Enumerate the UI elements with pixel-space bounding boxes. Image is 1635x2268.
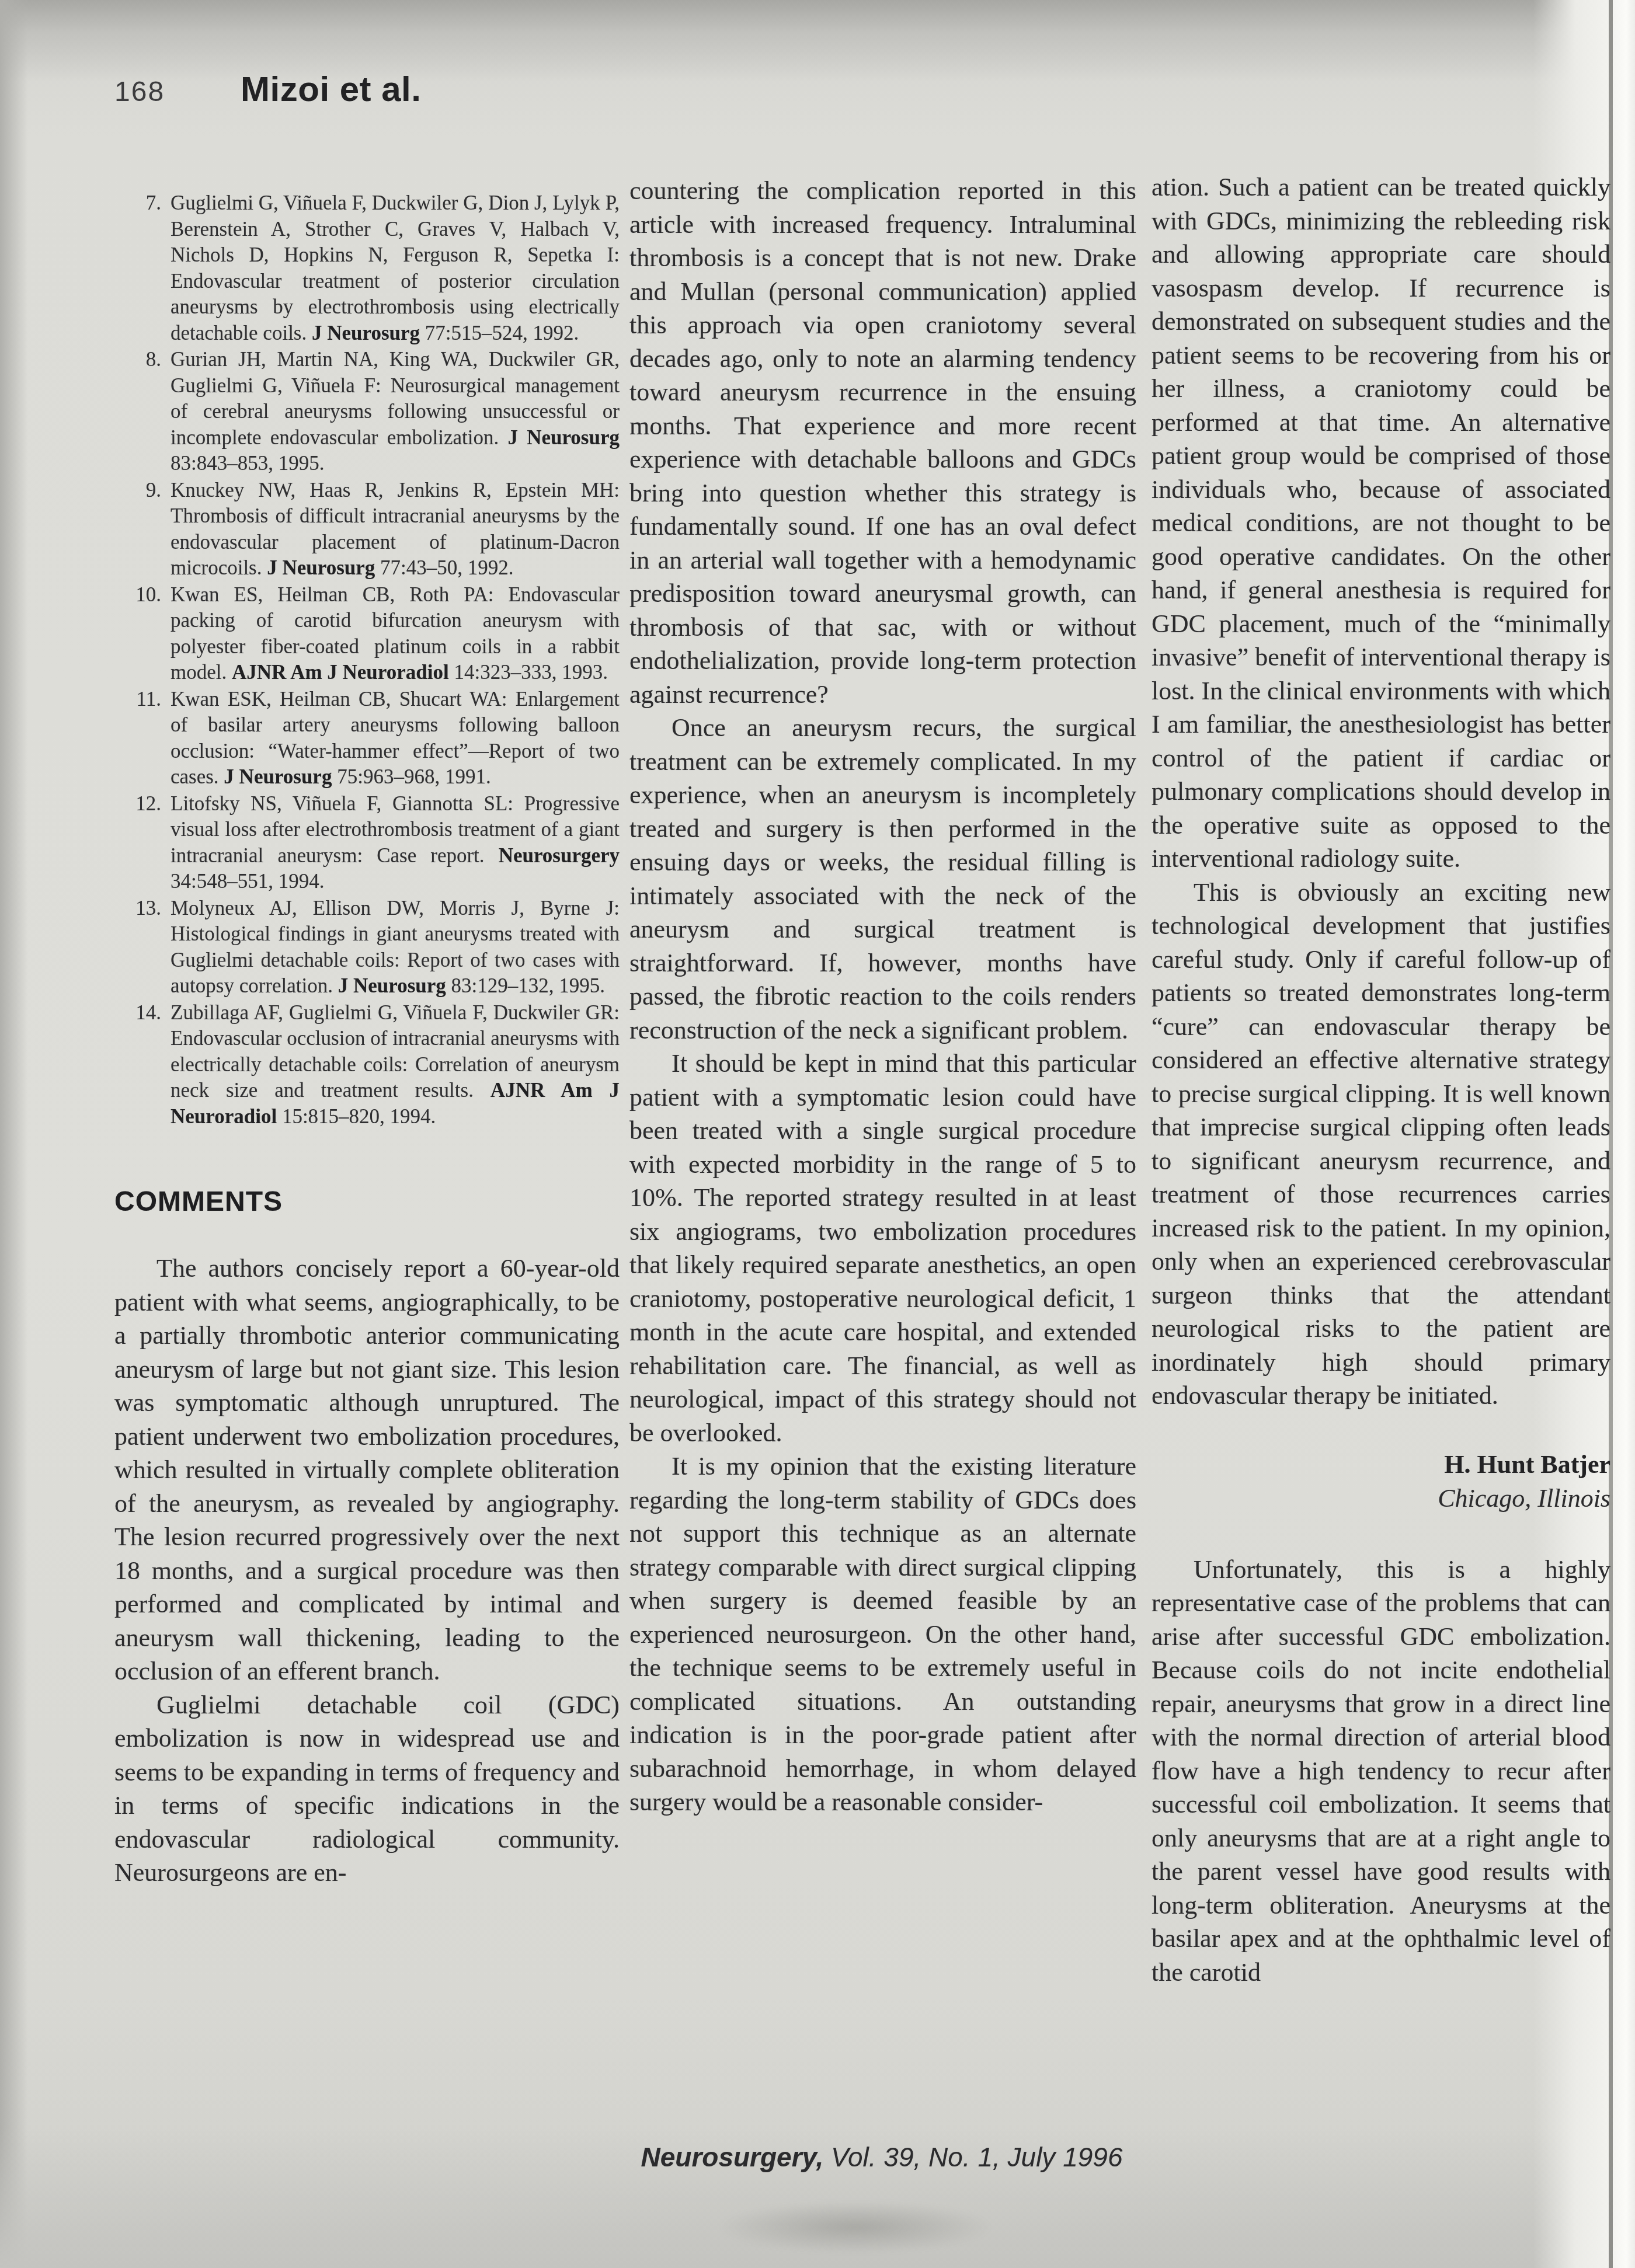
reference-text: Knuckey NW, Haas R, Jenkins R, Epstein M… [171,478,620,581]
paragraph: ation. Such a patient can be treated qui… [1152,170,1610,876]
page-header: 168 Mizoi et al. [114,69,421,109]
journal-footer: Neurosurgery, Vol. 39, No. 1, July 1996 [590,2141,1174,2173]
column-right: ation. Such a patient can be treated qui… [1152,170,1610,1989]
paragraph: Once an aneurysm recurs, the surgical tr… [629,711,1136,1047]
column-left: 7.Guglielmi G, Viñuela F, Duckwiler G, D… [114,190,620,1890]
page-number: 168 [114,76,165,108]
reference-number: 14. [114,1000,171,1130]
reference-text: Kwan ES, Heilman CB, Roth PA: Endovascul… [171,582,620,686]
reference-text-segment: 15:815–820, 1994. [277,1105,436,1128]
signature-location: Chicago, Illinois [1152,1482,1610,1516]
paragraph: It is my opinion that the existing liter… [629,1450,1136,1819]
paragraph: It should be kept in mind that this part… [629,1047,1136,1450]
reference-item: 13.Molyneux AJ, Ellison DW, Morris J, By… [114,896,620,999]
page-edge-white [1613,0,1635,2268]
reference-number: 9. [114,478,171,581]
reference-text: Litofsky NS, Viñuela F, Giannotta SL: Pr… [171,791,620,895]
paragraph: Unfortunately, this is a highly represen… [1152,1553,1610,1990]
reference-item: 7.Guglielmi G, Viñuela F, Duckwiler G, D… [114,190,620,346]
reference-text-segment: 34:548–551, 1994. [171,870,324,893]
reference-text: Kwan ESK, Heilman CB, Shucart WA: Enlarg… [171,687,620,790]
journal-title: J Neurosurg [267,556,375,579]
journal-title: Neurosurgery [499,844,620,867]
reference-text-segment: 77:515–524, 1992. [420,322,579,344]
reference-text-segment: 14:323–333, 1993. [449,661,608,684]
comment-signature: H. Hunt BatjerChicago, Illinois [1152,1448,1610,1516]
reference-text-segment: 75:963–968, 1991. [332,765,491,788]
reference-item: 9.Knuckey NW, Haas R, Jenkins R, Epstein… [114,478,620,581]
reference-number: 13. [114,896,171,999]
paragraph: Guglielmi detachable coil (GDC) emboliza… [114,1688,620,1890]
reference-item: 11.Kwan ESK, Heilman CB, Shucart WA: Enl… [114,687,620,790]
reference-list: 7.Guglielmi G, Viñuela F, Duckwiler G, D… [114,190,620,1130]
reference-item: 8.Gurian JH, Martin NA, King WA, Duckwil… [114,347,620,477]
journal-title: AJNR Am J Neuroradiol [232,661,449,684]
journal-title: J Neurosurg [338,974,446,997]
comments-paragraphs-left: The authors concisely report a 60-year-o… [114,1252,620,1890]
comments-heading: COMMENTS [114,1186,620,1218]
reference-number: 8. [114,347,171,477]
reference-text: Guglielmi G, Viñuela F, Duckwiler G, Dio… [171,190,620,346]
reference-item: 14.Zubillaga AF, Guglielmi G, Viñuela F,… [114,1000,620,1130]
reference-text: Molyneux AJ, Ellison DW, Morris J, Byrne… [171,896,620,999]
running-head: Mizoi et al. [241,69,421,109]
reference-text-segment: 83:129–132, 1995. [446,974,605,997]
reference-text: Gurian JH, Martin NA, King WA, Duckwiler… [171,347,620,477]
reference-text: Zubillaga AF, Guglielmi G, Viñuela F, Du… [171,1000,620,1130]
paragraph: This is obviously an exciting new techno… [1152,876,1610,1413]
journal-page: 168 Mizoi et al. 7.Guglielmi G, Viñuela … [0,0,1635,2268]
reference-number: 11. [114,687,171,790]
journal-name: Neurosurgery, [641,2142,823,2172]
reference-item: 12.Litofsky NS, Viñuela F, Giannotta SL:… [114,791,620,895]
column-middle: countering the complication reported in … [629,174,1136,1819]
page-shadow-left [0,0,28,2268]
reference-item: 10.Kwan ES, Heilman CB, Roth PA: Endovas… [114,582,620,686]
signature-name: H. Hunt Batjer [1152,1448,1610,1482]
journal-title: J Neurosurg [312,322,420,344]
page-smudge-shadow [718,2201,993,2253]
reference-number: 10. [114,582,171,686]
paragraph: countering the complication reported in … [629,174,1136,711]
journal-title: J Neurosurg [507,426,620,449]
reference-text-segment: 77:43–50, 1992. [375,556,513,579]
paragraph: The authors concisely report a 60-year-o… [114,1252,620,1688]
reference-number: 12. [114,791,171,895]
reference-number: 7. [114,190,171,346]
journal-title: J Neurosurg [224,765,332,788]
reference-text-segment: 83:843–853, 1995. [171,452,324,475]
journal-issue: Vol. 39, No. 1, July 1996 [823,2142,1122,2172]
